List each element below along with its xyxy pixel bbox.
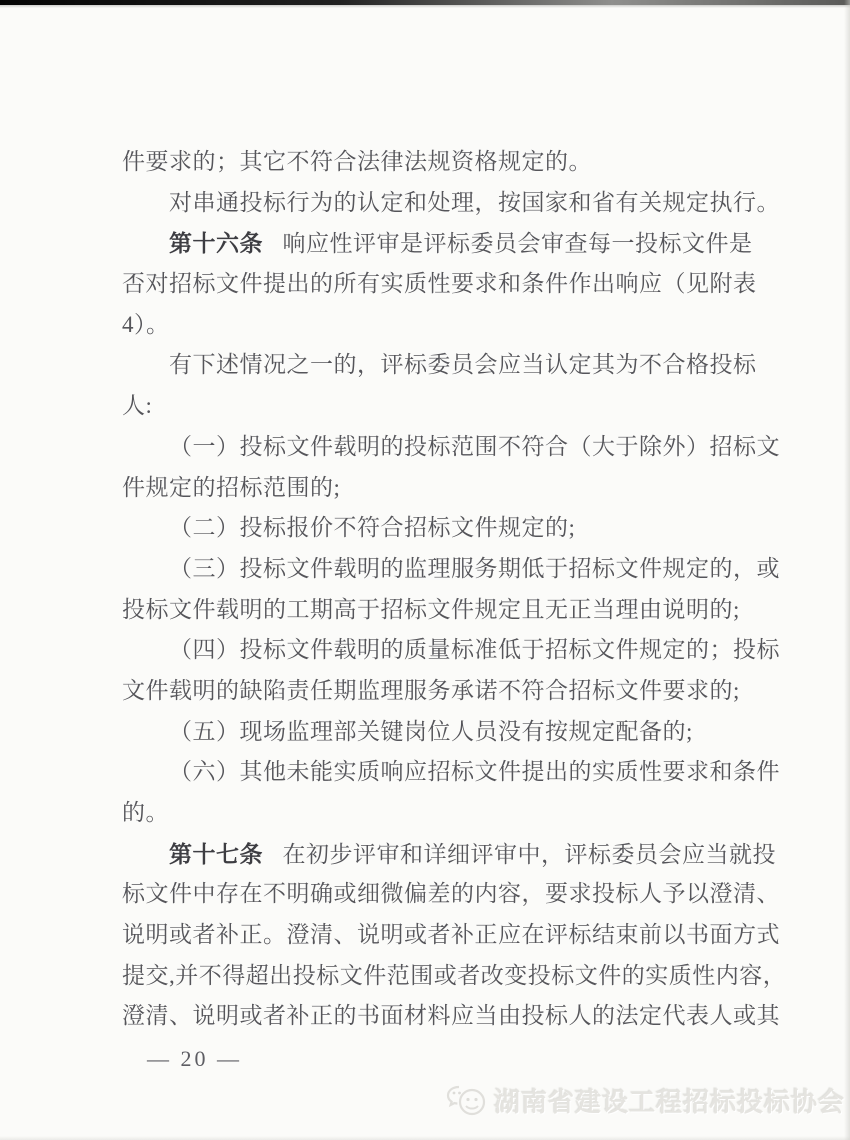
text-line-content: 标文件中存在不明确或细微偏差的内容，要求投标人予以澄清、 (122, 881, 780, 906)
text-line-content: 文件载明的缺陷责任期监理服务承诺不符合招标文件要求的; (122, 678, 740, 703)
text-line-content: 在初步评审和详细评审中，评标委员会应当就投 (283, 842, 777, 867)
text-line-content: 提交,并不得超出投标文件范围或者改变投标文件的实质性内容， (122, 963, 786, 988)
text-line-content: （三）投标文件载明的监理服务期低于招标文件规定的，或 (169, 556, 780, 581)
text-line-content: 有下述情况之一的，评标委员会应当认定其为不合格投标 (169, 352, 757, 377)
text-line: （一）投标文件载明的投标范围不符合（大于除外）招标文 (122, 427, 746, 468)
text-line: （六）其他未能实质响应招标文件提出的实质性要求和条件 (122, 752, 746, 793)
text-line: 澄清、说明或者补正的书面材料应当由投标人的法定代表人或其 (122, 996, 746, 1037)
text-line-content: （五）现场监理部关键岗位人员没有按规定配备的; (169, 719, 693, 744)
scan-artifact-right-edge (844, 0, 850, 1140)
wechat-icon (445, 1084, 489, 1118)
text-line: （三）投标文件载明的监理服务期低于招标文件规定的，或 (122, 549, 746, 590)
text-line-content: 4）。 (122, 312, 170, 337)
text-line: 有下述情况之一的，评标委员会应当认定其为不合格投标 (122, 345, 746, 386)
text-line-content: 澄清、说明或者补正的书面材料应当由投标人的法定代表人或其 (122, 1003, 780, 1028)
page-number: — 20 — (147, 1046, 242, 1072)
text-line-content: 件规定的招标范围的; (122, 475, 340, 500)
text-line: 人: (122, 386, 746, 427)
text-line-content: （一）投标文件载明的投标范围不符合（大于除外）招标文 (169, 434, 780, 459)
scan-artifact-top-shadow (0, 5, 850, 8)
text-line: 4）。 (122, 305, 746, 346)
association-watermark: 湖南省建设工程招标投标协会 (445, 1082, 845, 1119)
text-line: 提交,并不得超出投标文件范围或者改变投标文件的实质性内容， (122, 956, 746, 997)
text-line-content: （六）其他未能实质响应招标文件提出的实质性要求和条件 (169, 759, 780, 784)
text-line-content: 的。 (122, 800, 169, 825)
text-line: 件规定的招标范围的; (122, 468, 746, 509)
text-line: 件要求的；其它不符合法律法规资格规定的。 (122, 142, 746, 183)
article-number: 第十六条 (169, 230, 263, 256)
text-line: 第十六条响应性评审是评标委员会审查每一投标文件是 (122, 223, 746, 264)
association-watermark-text: 湖南省建设工程招标投标协会 (494, 1082, 845, 1119)
text-line: 文件载明的缺陷责任期监理服务承诺不符合招标文件要求的; (122, 671, 746, 712)
text-line: （四）投标文件载明的质量标准低于招标文件规定的；投标 (122, 630, 746, 671)
text-line: （五）现场监理部关键岗位人员没有按规定配备的; (122, 712, 746, 753)
text-line-content: （二）投标报价不符合招标文件规定的; (169, 515, 575, 540)
text-line: 的。 (122, 793, 746, 834)
text-line: 第十七条在初步评审和详细评审中，评标委员会应当就投 (122, 834, 746, 875)
text-line-content: 响应性评审是评标委员会审查每一投标文件是 (283, 231, 753, 256)
text-line-content: 人: (122, 393, 152, 418)
scanned-document-page: 件要求的；其它不符合法律法规资格规定的。对串通投标行为的认定和处理，按国家和省有… (0, 0, 850, 1140)
text-line: （二）投标报价不符合招标文件规定的; (122, 508, 746, 549)
text-line-content: 投标文件载明的工期高于招标文件规定且无正当理由说明的; (122, 597, 740, 622)
text-line: 否对招标文件提出的所有实质性要求和条件作出响应（见附表 (122, 264, 746, 305)
scan-artifact-bottom-edge (0, 1136, 850, 1140)
article-number: 第十七条 (169, 841, 263, 867)
text-line-content: （四）投标文件载明的质量标准低于招标文件规定的；投标 (169, 637, 780, 662)
text-line-content: 说明或者补正。澄清、说明或者补正应在评标结束前以书面方式 (122, 922, 780, 947)
text-line-content: 否对招标文件提出的所有实质性要求和条件作出响应（见附表 (122, 271, 757, 296)
text-line: 投标文件载明的工期高于招标文件规定且无正当理由说明的; (122, 590, 746, 631)
text-line: 说明或者补正。澄清、说明或者补正应在评标结束前以书面方式 (122, 915, 746, 956)
text-line: 对串通投标行为的认定和处理，按国家和省有关规定执行。 (122, 183, 746, 224)
text-line: 标文件中存在不明确或细微偏差的内容，要求投标人予以澄清、 (122, 874, 746, 915)
text-line-content: 对串通投标行为的认定和处理，按国家和省有关规定执行。 (169, 190, 780, 215)
text-line-content: 件要求的；其它不符合法律法规资格规定的。 (122, 149, 592, 174)
document-body: 件要求的；其它不符合法律法规资格规定的。对串通投标行为的认定和处理，按国家和省有… (122, 142, 746, 1037)
